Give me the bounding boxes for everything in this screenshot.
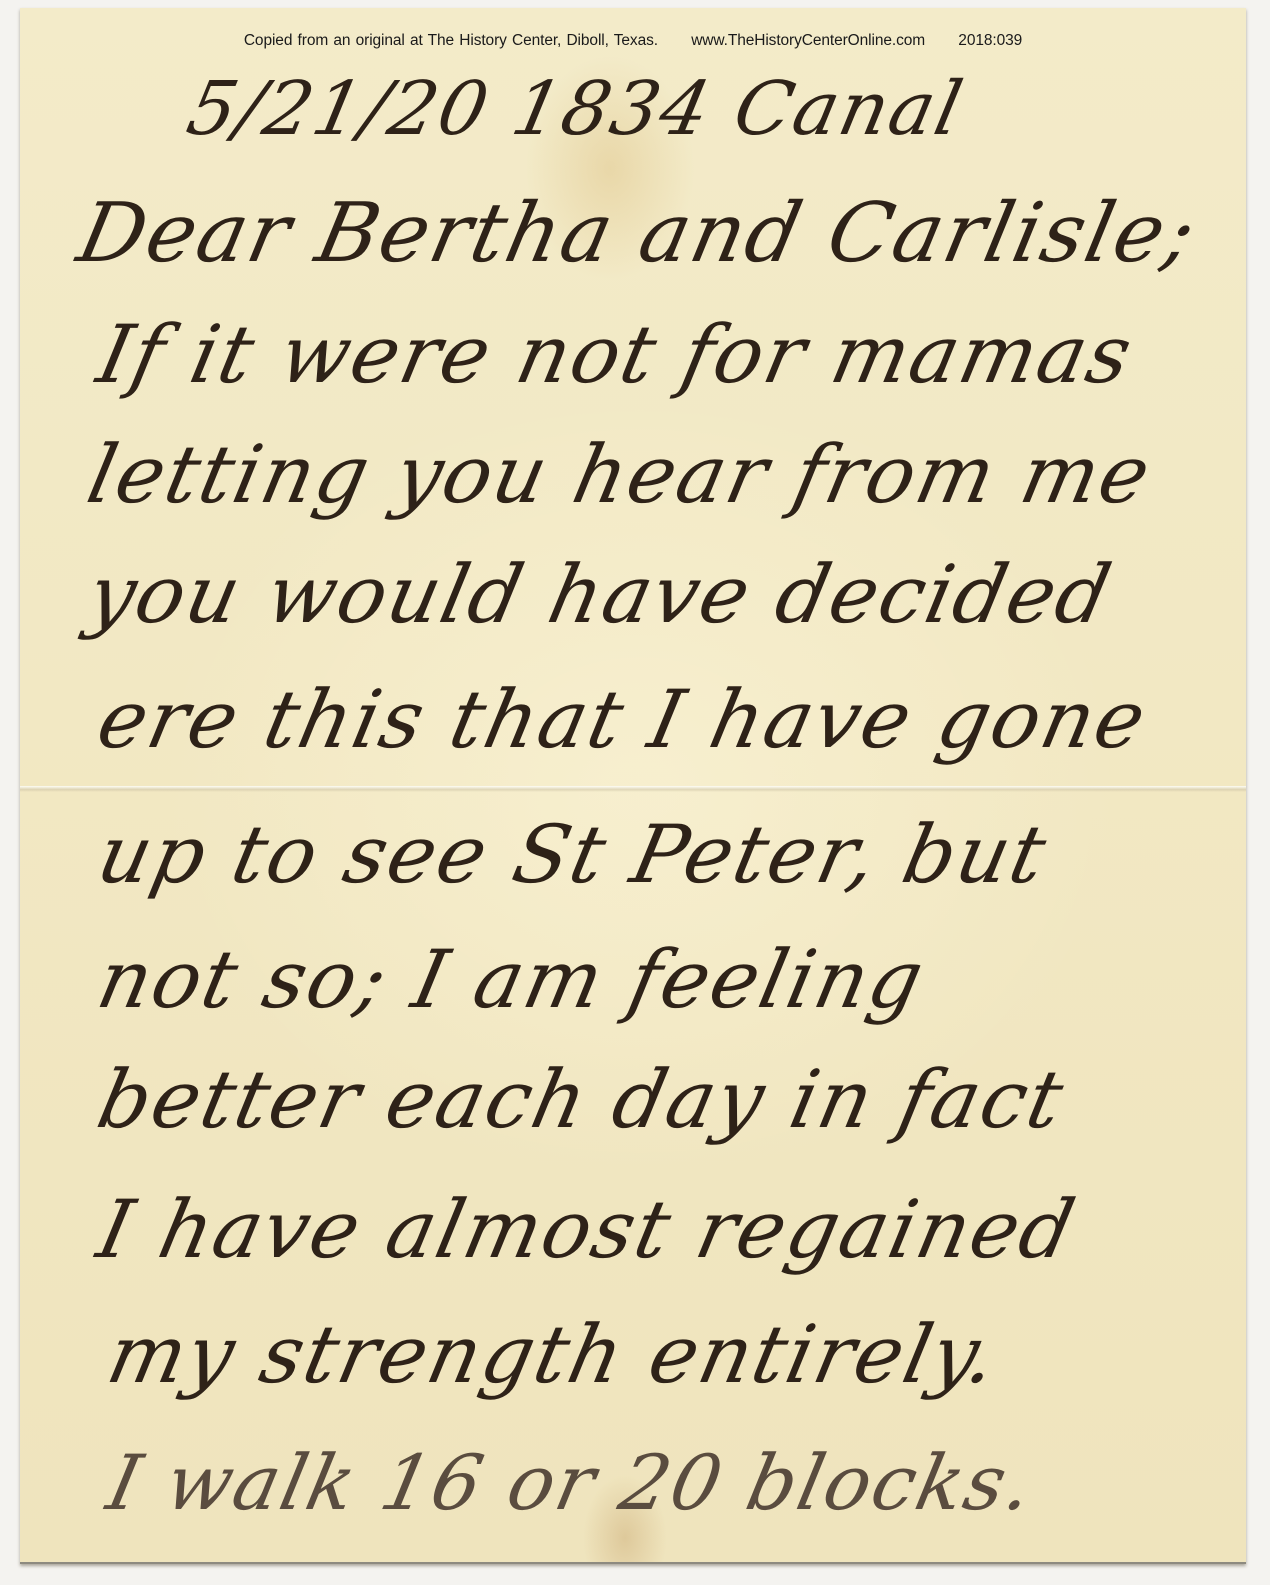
- watermark-website: www.TheHistoryCenterOnline.com: [691, 32, 925, 49]
- watermark-accession: 2018:039: [958, 32, 1022, 49]
- letter-line: not so; I am feeling: [90, 933, 933, 1026]
- letter-line: up to see St Peter, but: [90, 808, 1056, 901]
- letter-line: I have almost regained: [90, 1183, 1084, 1276]
- archive-watermark: Copied from an original at The History C…: [20, 32, 1246, 50]
- letter-line: ere this that I have gone: [90, 673, 1155, 766]
- letter-line: better each day in fact: [90, 1053, 1073, 1146]
- paper-fold: [20, 786, 1246, 792]
- letter-salutation: Dear Bertha and Carlisle;: [70, 186, 1205, 281]
- letter-line: my strength entirely.: [100, 1308, 1007, 1401]
- letter-line: If it were not for mamas: [90, 308, 1141, 401]
- letter-line: letting you hear from me: [80, 428, 1160, 521]
- letter-line: you would have decided: [80, 548, 1120, 641]
- letter-heading: 5/21/20 1834 Canal: [180, 66, 971, 152]
- letter-page: Copied from an original at The History C…: [20, 8, 1246, 1564]
- watermark-source: Copied from an original at The History C…: [244, 32, 658, 49]
- letter-line: I walk 16 or 20 blocks.: [100, 1438, 1042, 1527]
